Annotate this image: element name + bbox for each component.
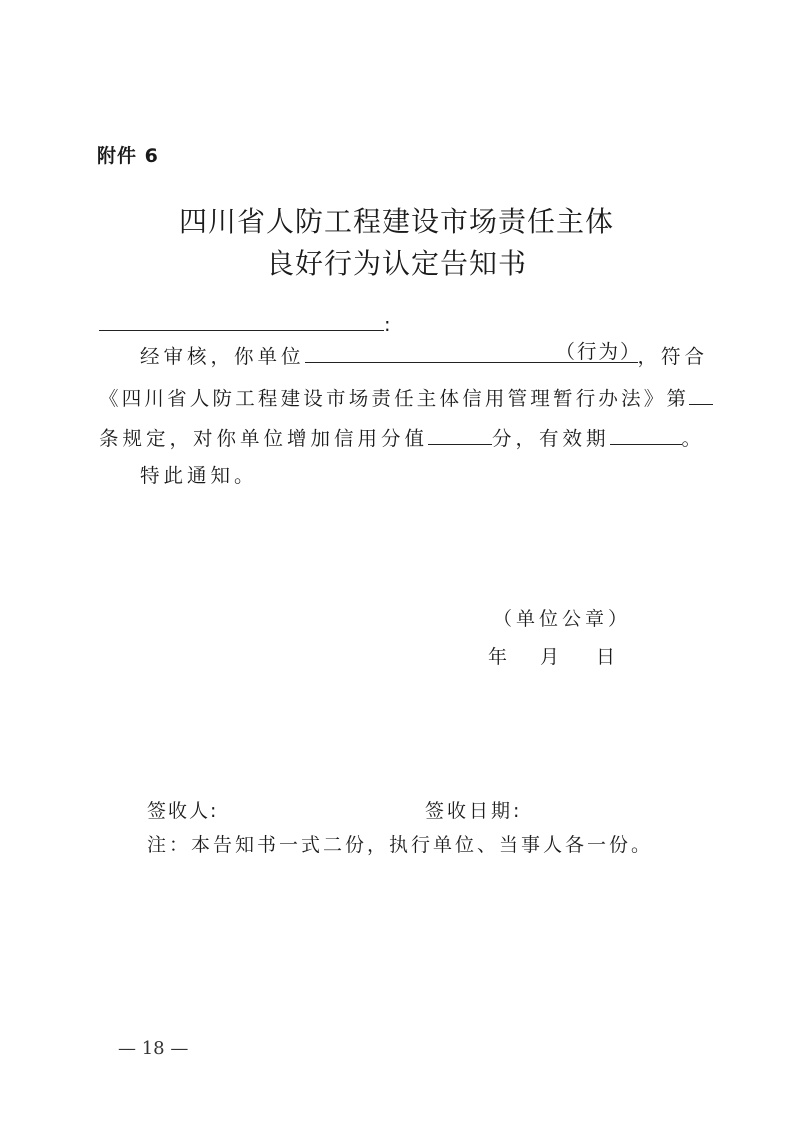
recipient-colon: : xyxy=(384,313,395,336)
date-day: 日 xyxy=(596,642,615,669)
line1-prefix: 经审核，你单位 xyxy=(140,345,305,368)
document-title-line2: 良好行为认定告知书 xyxy=(0,242,793,282)
sign-date-label: 签收日期: xyxy=(425,796,522,823)
line3-mid: 分，有效期 xyxy=(492,427,610,450)
body-line-2: 《四川省人防工程建设市场责任主体信用管理暂行办法》第 xyxy=(99,383,713,411)
line3-prefix: 条规定，对你单位增加信用分值 xyxy=(99,427,428,450)
seal-date: 年月日 xyxy=(488,642,615,669)
page-number: — 18 — xyxy=(118,1038,188,1059)
line3-suffix: 。 xyxy=(682,427,706,450)
behavior-label: （行为） xyxy=(556,336,642,364)
line1-suffix: ，符合 xyxy=(638,345,709,368)
body-line-3: 条规定，对你单位增加信用分值分，有效期。 xyxy=(99,423,705,451)
line2-text: 《四川省人防工程建设市场责任主体信用管理暂行办法》第 xyxy=(99,387,689,410)
behavior-blank[interactable]: （行为） xyxy=(305,344,638,363)
attachment-label: 附件 6 xyxy=(97,141,159,168)
credit-score-blank[interactable] xyxy=(428,426,492,445)
document-title-line1: 四川省人防工程建设市场责任主体 xyxy=(0,200,793,240)
note-text: 注：本告知书一式二份，执行单位、当事人各一份。 xyxy=(147,830,653,857)
recipient-line: : xyxy=(99,312,395,336)
validity-period-blank[interactable] xyxy=(610,426,682,445)
body-line-4: 特此通知。 xyxy=(140,460,258,488)
article-number-blank[interactable] xyxy=(689,386,713,405)
signer-label: 签收人: xyxy=(147,796,218,823)
recipient-blank[interactable] xyxy=(99,312,384,331)
seal-label: （单位公章） xyxy=(493,604,631,631)
date-month: 月 xyxy=(540,642,596,669)
date-year: 年 xyxy=(488,642,540,669)
body-line-1: 经审核，你单位（行为），符合 xyxy=(140,341,708,369)
